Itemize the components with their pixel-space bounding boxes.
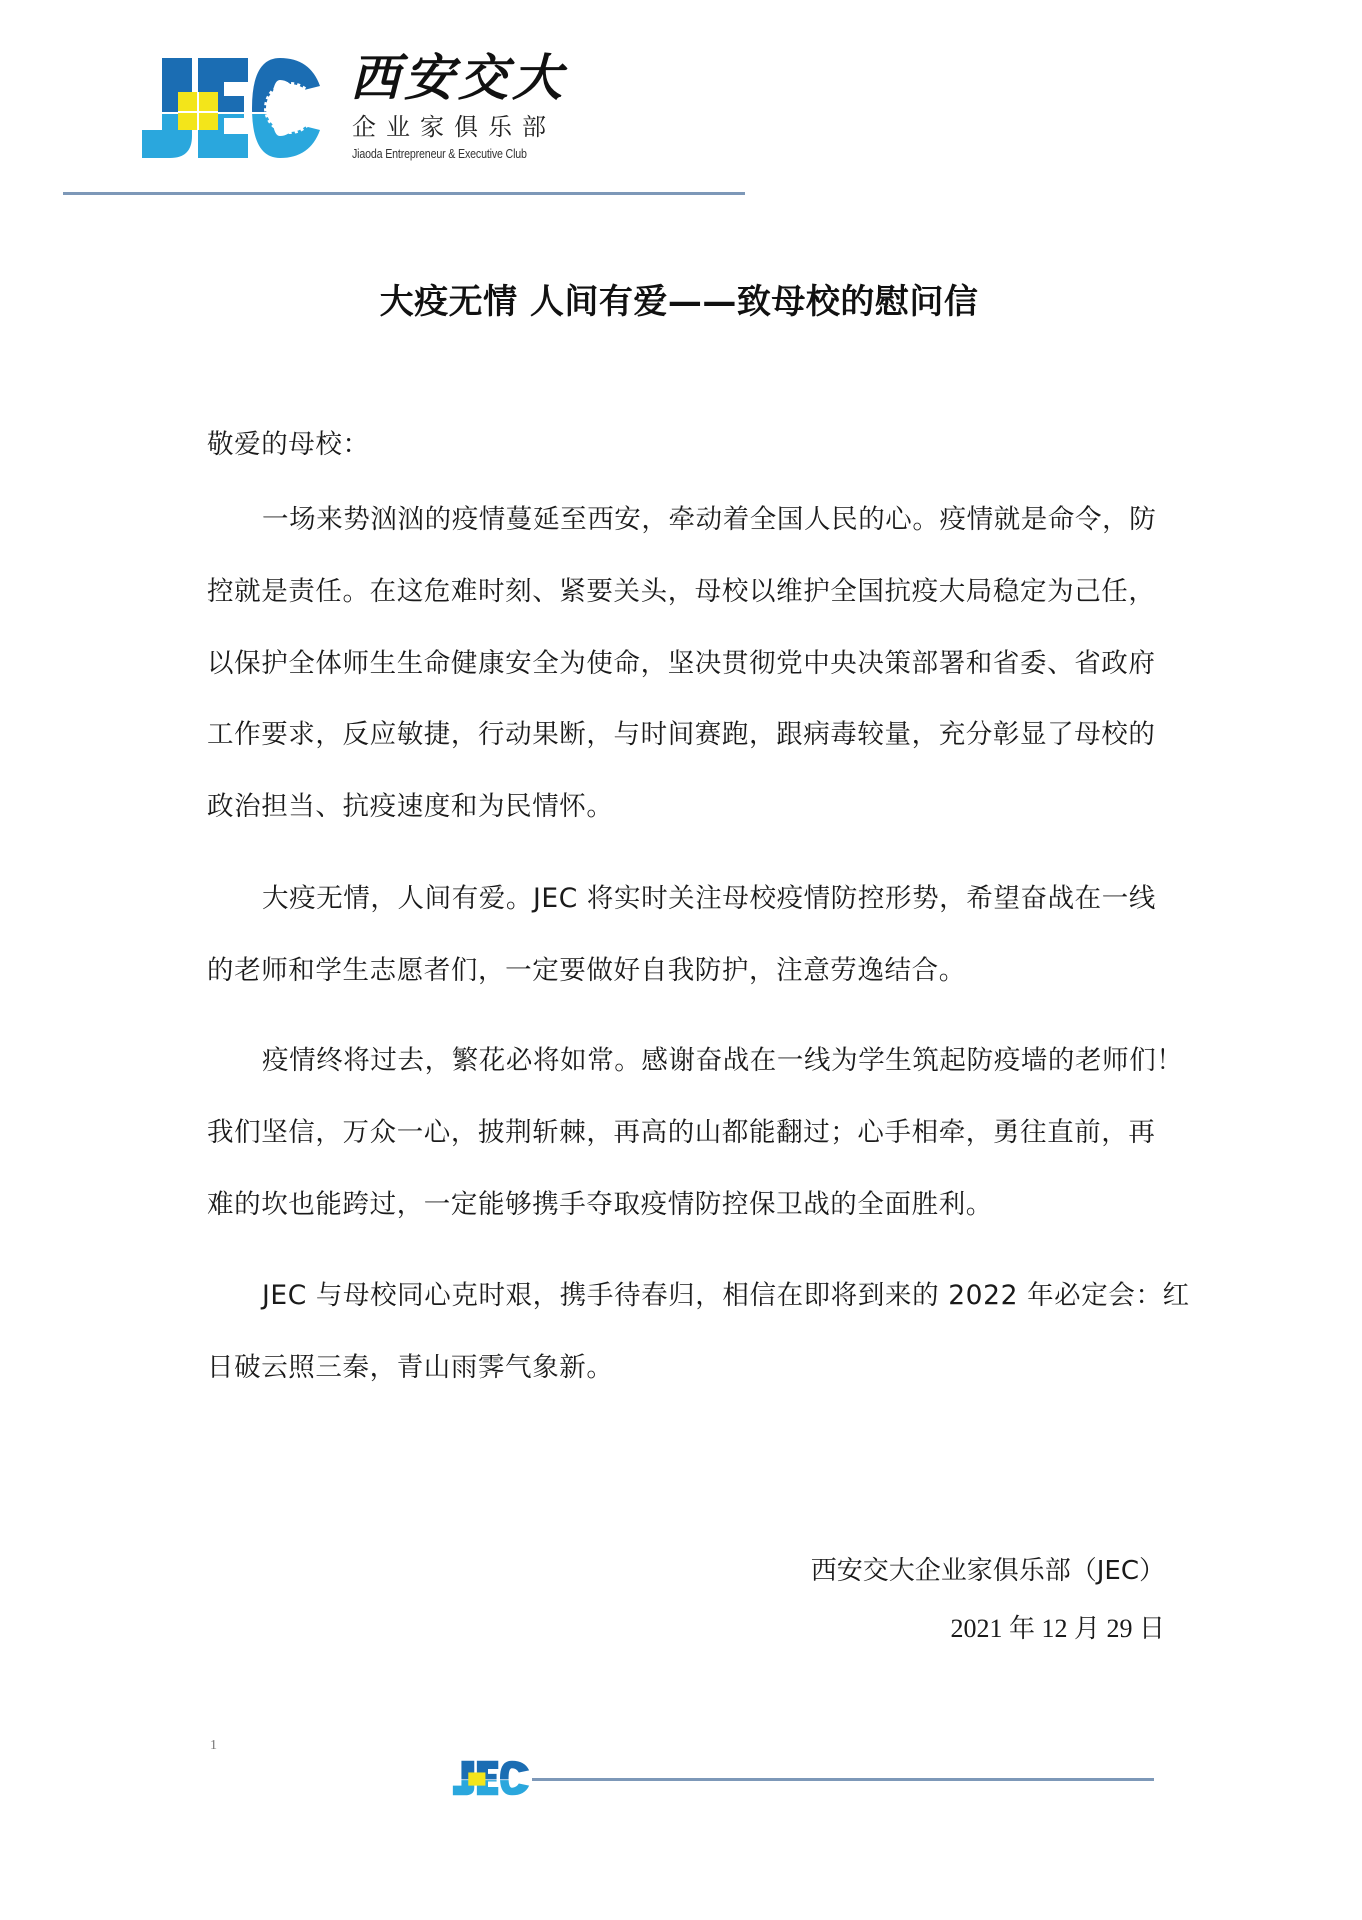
greeting: 敬爱的母校： (207, 428, 1167, 462)
letter-date: 2021 年 12 月 29 日 (950, 1612, 1165, 1646)
header-divider (63, 192, 745, 195)
paragraph-2-line-2: 的老师和学生志愿者们，一定要做好自我防护，注意劳逸结合。 (207, 954, 1167, 988)
signature: 西安交大企业家俱乐部（JEC） (811, 1554, 1165, 1588)
paragraph-3-line-1: 疫情终将过去，繁花必将如常。感谢奋战在一线为学生筑起防疫墙的老师们！ (262, 1044, 1167, 1078)
page-number: 1 (210, 1738, 217, 1754)
paragraph-1-line-1: 一场来势汹汹的疫情蔓延至西安，牵动着全国人民的心。疫情就是命令，防 (262, 503, 1167, 537)
letter-title: 大疫无情 人间有爱——致母校的慰问信 (0, 280, 1362, 324)
paragraph-1-line-4: 工作要求，反应敏捷，行动果断，与时间赛跑，跟病毒较量，充分彰显了母校的 (207, 718, 1167, 752)
paragraph-1-line-2: 控就是责任。在这危难时刻、紧要关头，母校以维护全国抗疫大局稳定为己任， (207, 575, 1167, 609)
paragraph-1-line-3: 以保护全体师生生命健康安全为使命，坚决贯彻党中央决策部署和省委、省政府 (207, 647, 1167, 681)
paragraph-3-line-2: 我们坚信，万众一心，披荆斩棘，再高的山都能翻过；心手相牵，勇往直前，再 (207, 1116, 1167, 1150)
org-name-cn: 企业家俱乐部 (352, 112, 556, 142)
paragraph-1-line-5: 政治担当、抗疫速度和为民情怀。 (207, 790, 1167, 824)
paragraph-3-line-3: 难的坎也能跨过，一定能够携手夺取疫情防控保卫战的全面胜利。 (207, 1188, 1167, 1222)
paragraph-2-line-1: 大疫无情，人间有爱。JEC 将实时关注母校疫情防控形势，希望奋战在一线 (262, 882, 1167, 916)
org-name-calligraphy: 西安交大 (350, 48, 566, 108)
jec-logo-icon (140, 56, 322, 160)
org-name-en: Jiaoda Entrepreneur & Executive Club (352, 146, 527, 162)
footer-jec-logo-icon (452, 1760, 530, 1796)
paragraph-4-line-1: JEC 与母校同心克时艰，携手待春归，相信在即将到来的 2022 年必定会：红 (262, 1279, 1167, 1313)
paragraph-4-line-2: 日破云照三秦，青山雨霁气象新。 (207, 1351, 1167, 1385)
footer-divider (532, 1778, 1154, 1781)
